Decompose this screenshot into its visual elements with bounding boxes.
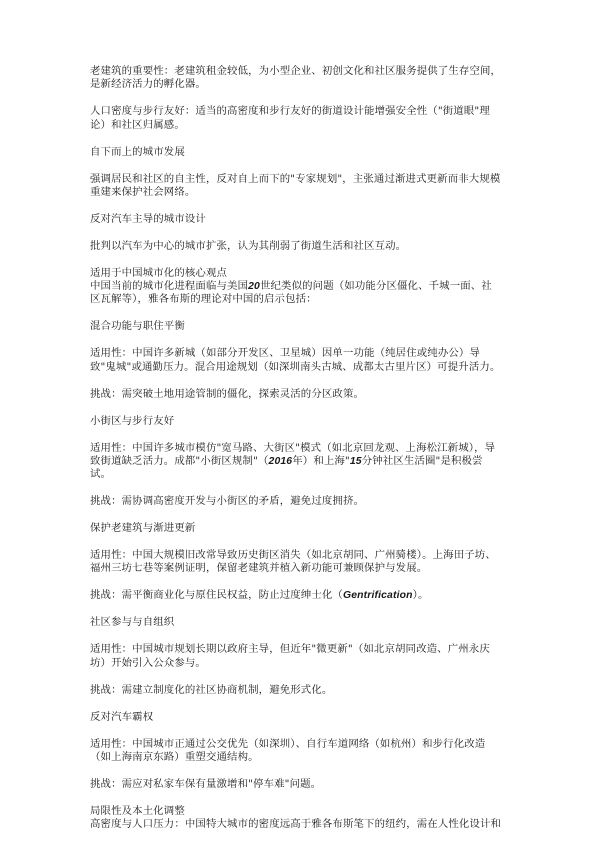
body-paragraph: 批判以汽车为中心的城市扩张，认为其削弱了街道生活和社区互动。	[90, 240, 502, 253]
text-run: 年）和上海"	[292, 455, 350, 467]
section-heading: 自下而上的城市发展	[90, 146, 502, 159]
text-run: 适用性：中国大规模旧改常导致历史街区消失（如北京胡同、广州骑楼）。上海田子坊、福…	[90, 549, 496, 574]
text-run: 人口密度与步行友好：适当的高密度和步行友好的街道设计能增强安全性（"街道眼"理论…	[90, 105, 490, 130]
text-run: 自下而上的城市发展	[90, 146, 185, 158]
section-heading: 社区参与与自组织	[90, 616, 502, 629]
document-body: 老建筑的重要性：老建筑租金较低，为小型企业、初创文化和社区服务提供了生存空间，是…	[90, 65, 502, 832]
text-run: 适用性：中国许多新城（如部分开发区、卫星城）因单一功能（纯居住或纯办公）导致"鬼…	[90, 347, 500, 372]
section-heading: 适用于中国城市化的核心观点	[90, 267, 502, 280]
text-run: 挑战：需应对私家车保有量激增和"停车难"问题。	[90, 778, 321, 790]
text-run: 小街区与步行友好	[90, 415, 174, 427]
text-run: 强调居民和社区的自主性，反对自上而下的"专家规划"，主张通过渐进式更新而非大规模…	[90, 173, 500, 198]
body-paragraph: 挑战：需协调高密度开发与小街区的矛盾，避免过度拥挤。	[90, 495, 502, 508]
text-run: 老建筑的重要性：老建筑租金较低，为小型企业、初创文化和社区服务提供了生存空间，是…	[90, 65, 501, 90]
text-run: 高密度与人口压力：中国特大城市的密度远高于雅各布斯笔下的纽约，需在人性化设计和	[90, 818, 501, 830]
body-paragraph: 适用性：中国大规模旧改常导致历史街区消失（如北京胡同、广州骑楼）。上海田子坊、福…	[90, 549, 502, 576]
text-run: 局限性及本土化调整	[90, 805, 185, 817]
text-run: 适用于中国城市化的核心观点	[90, 267, 227, 279]
text-run: 适用性：中国城市正通过公交优先（如深圳）、自行车道网络（如杭州）和步行化改造（如…	[90, 738, 485, 763]
body-paragraph: 挑战：需应对私家车保有量激增和"停车难"问题。	[90, 778, 502, 791]
body-paragraph: 挑战：需平衡商业化与原住民权益，防止过度绅士化（Gentrification）。	[90, 589, 502, 602]
text-run: 社区参与与自组织	[90, 616, 174, 628]
body-paragraph: 中国当前的城市化进程面临与美国20世纪类似的问题（如功能分区僵化、千城一面、社区…	[90, 280, 502, 307]
text-run: 批判以汽车为中心的城市扩张，认为其削弱了街道生活和社区互动。	[90, 240, 406, 252]
text-run: 反对汽车霸权	[90, 711, 153, 723]
section-heading: 混合功能与职住平衡	[90, 320, 502, 333]
body-paragraph: 适用性：中国许多城市模仿"宽马路、大街区"模式（如北京回龙观、上海松江新城），导…	[90, 442, 502, 482]
body-paragraph: 适用性：中国许多新城（如部分开发区、卫星城）因单一功能（纯居住或纯办公）导致"鬼…	[90, 347, 502, 374]
body-paragraph: 适用性：中国城市规划长期以政府主导，但近年"微更新"（如北京胡同改造、广州永庆坊…	[90, 643, 502, 670]
text-run: 挑战：需协调高密度开发与小街区的矛盾，避免过度拥挤。	[90, 495, 364, 507]
text-run: 混合功能与职住平衡	[90, 320, 185, 332]
emphasized-text: 15	[350, 456, 362, 467]
body-paragraph: 高密度与人口压力：中国特大城市的密度远高于雅各布斯笔下的纽约，需在人性化设计和	[90, 818, 502, 831]
body-paragraph: 人口密度与步行友好：适当的高密度和步行友好的街道设计能增强安全性（"街道眼"理论…	[90, 105, 502, 132]
text-run: 适用性：中国城市规划长期以政府主导，但近年"微更新"（如北京胡同改造、广州永庆坊…	[90, 643, 490, 668]
text-run: 中国当前的城市化进程面临与美国	[90, 280, 248, 292]
emphasized-text: 20	[248, 281, 260, 292]
emphasized-text: Gentrification	[343, 590, 413, 601]
section-heading: 反对汽车霸权	[90, 711, 502, 724]
section-heading: 保护老建筑与渐进更新	[90, 522, 502, 535]
body-paragraph: 挑战：需突破土地用途管制的僵化，探索灵活的分区政策。	[90, 388, 502, 401]
text-run: ）。	[413, 589, 429, 601]
section-heading: 局限性及本土化调整	[90, 805, 502, 818]
body-paragraph: 强调居民和社区的自主性，反对自上而下的"专家规划"，主张通过渐进式更新而非大规模…	[90, 173, 502, 200]
text-run: 反对汽车主导的城市设计	[90, 213, 206, 225]
text-run: 挑战：需突破土地用途管制的僵化，探索灵活的分区政策。	[90, 388, 364, 400]
body-paragraph: 挑战：需建立制度化的社区协商机制，避免形式化。	[90, 684, 502, 697]
section-heading: 小街区与步行友好	[90, 415, 502, 428]
text-run: 挑战：需建立制度化的社区协商机制，避免形式化。	[90, 684, 332, 696]
body-paragraph: 适用性：中国城市正通过公交优先（如深圳）、自行车道网络（如杭州）和步行化改造（如…	[90, 738, 502, 765]
section-heading: 反对汽车主导的城市设计	[90, 213, 502, 226]
document-page: 老建筑的重要性：老建筑租金较低，为小型企业、初创文化和社区服务提供了生存空间，是…	[0, 0, 596, 842]
text-run: 挑战：需平衡商业化与原住民权益，防止过度绅士化（	[90, 589, 343, 601]
text-run: 保护老建筑与渐进更新	[90, 522, 195, 534]
emphasized-text: 2016	[269, 456, 293, 467]
body-paragraph: 老建筑的重要性：老建筑租金较低，为小型企业、初创文化和社区服务提供了生存空间，是…	[90, 65, 502, 92]
